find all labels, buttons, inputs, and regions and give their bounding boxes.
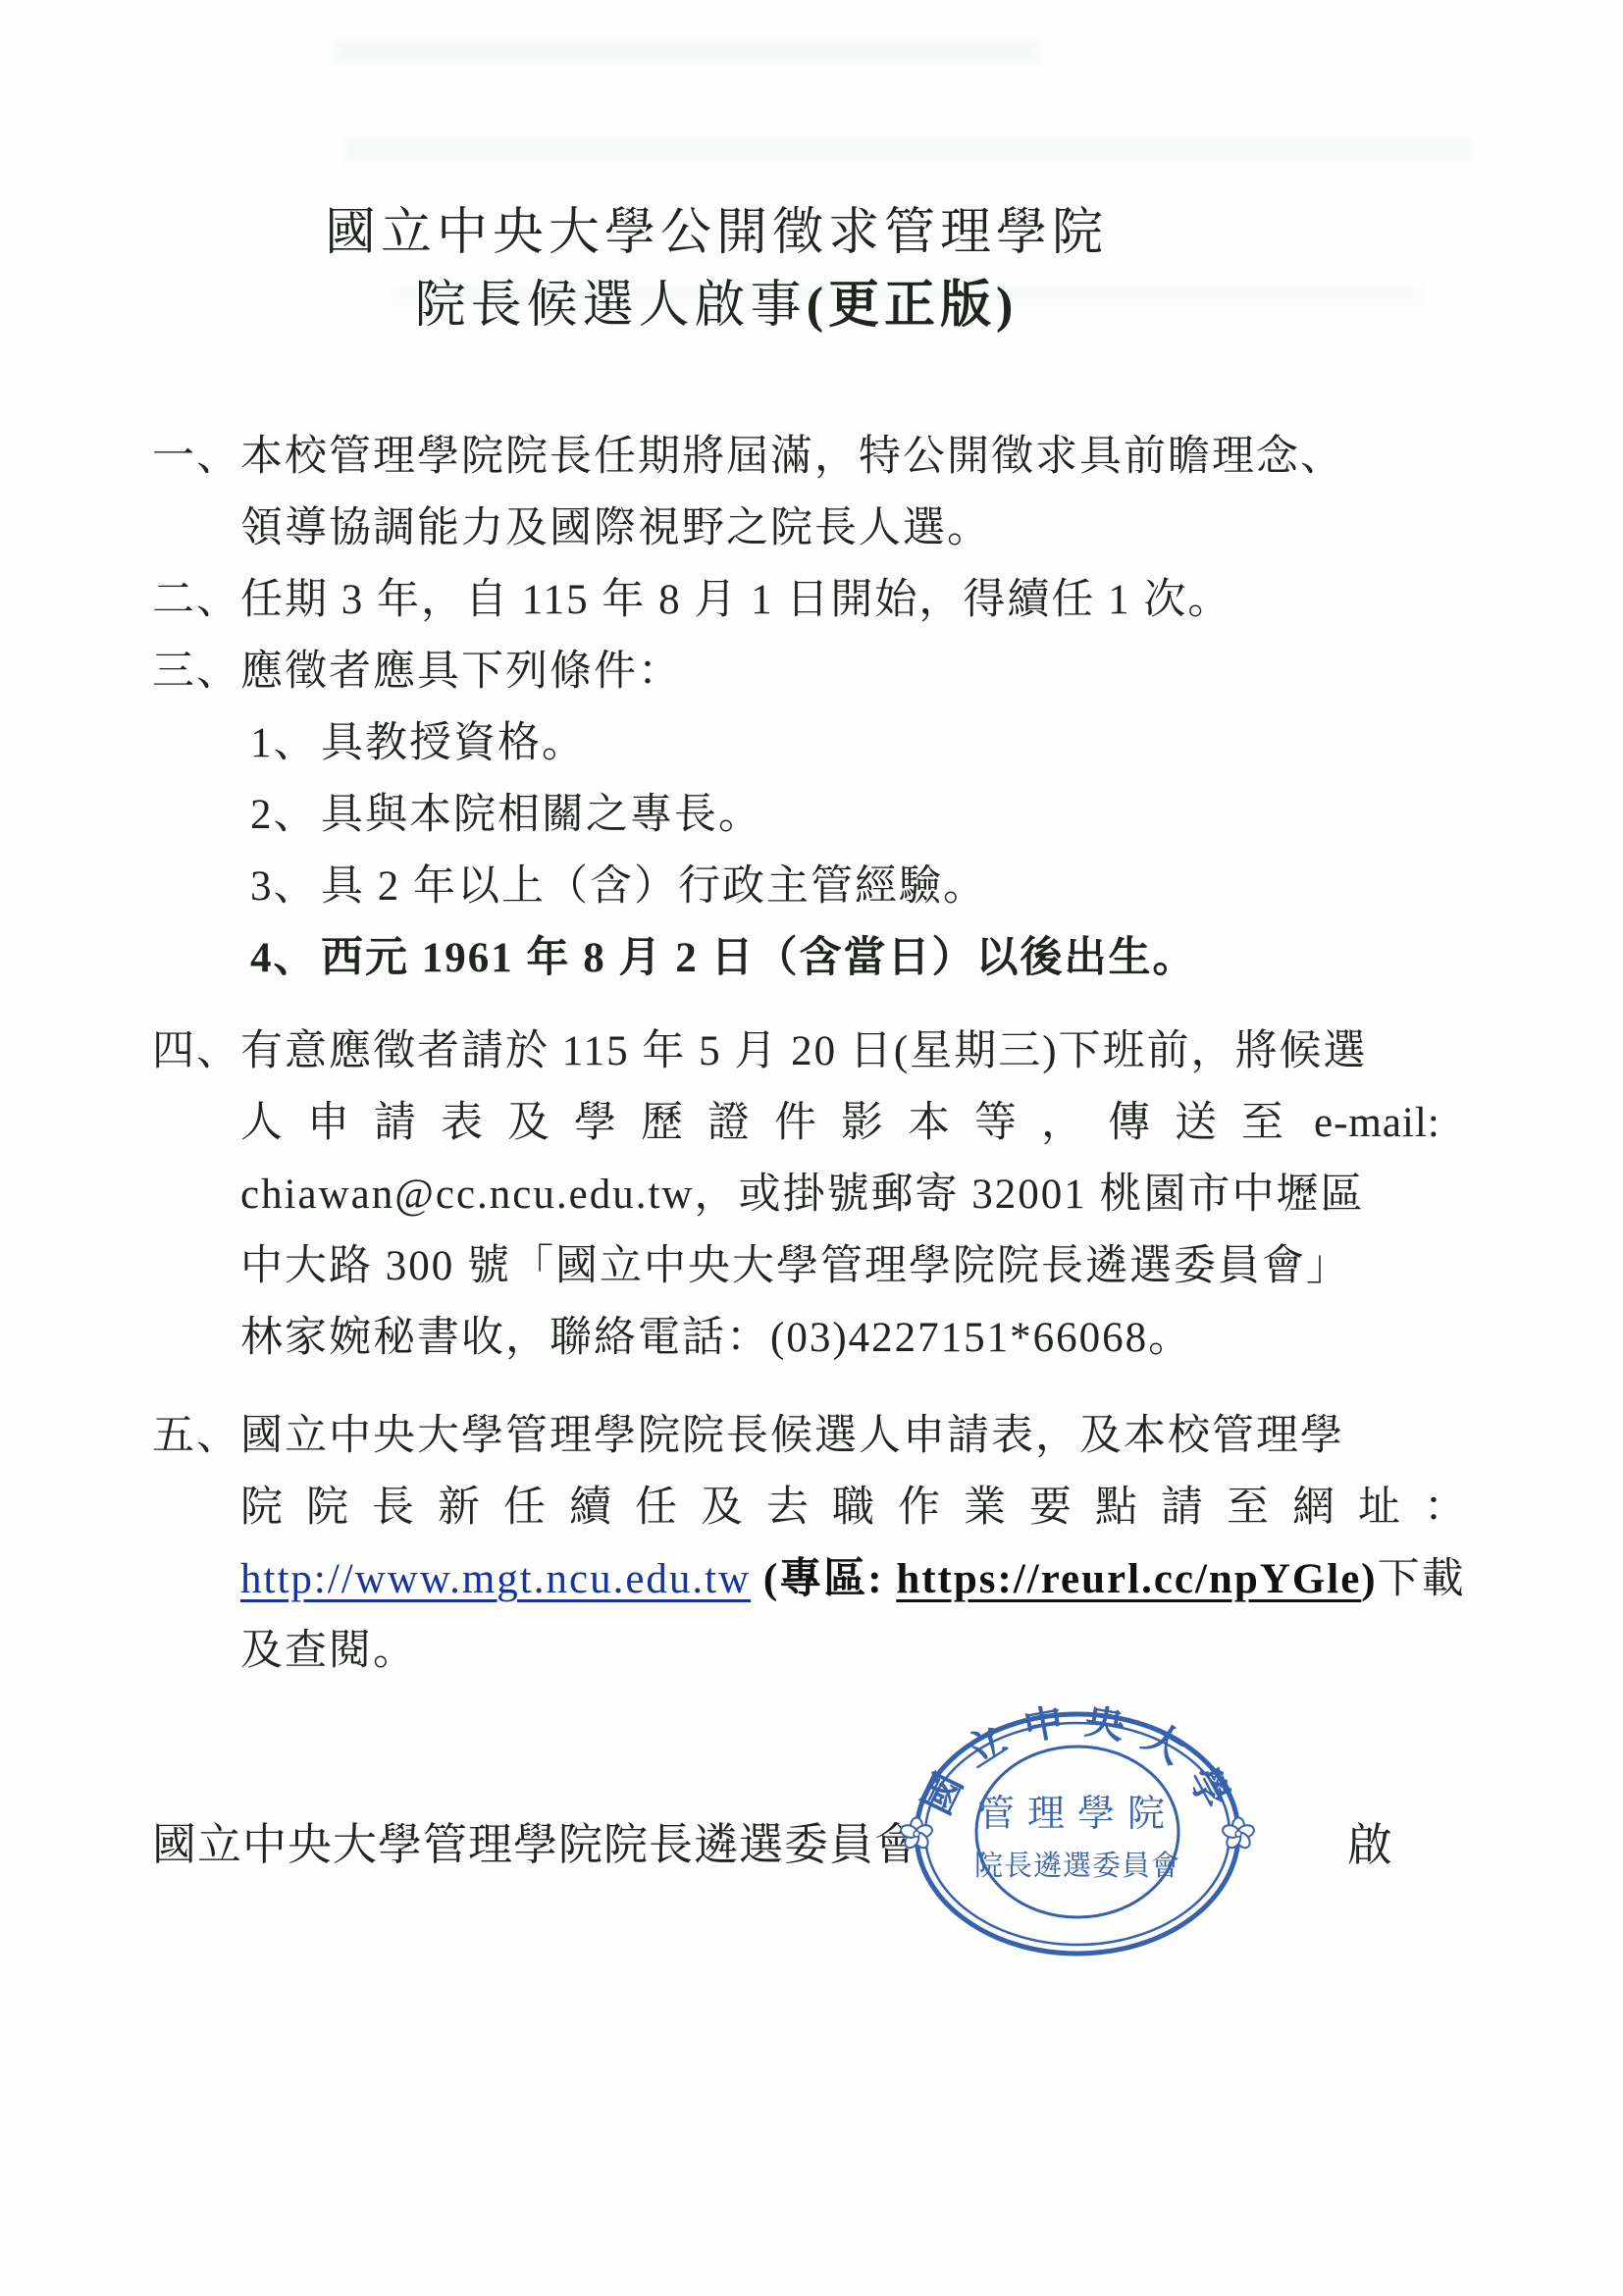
title-corrected-version-label: (更正版) [807,278,1019,334]
seal-inner-line-1: 管理學院 [977,1794,1178,1835]
scanned-announcement-page: 國立中央大學公開徵求管理學院 院長候選人啟事(更正版) 一、 本校管理學院院長任… [0,0,1623,2296]
paragraph-5-number: 五、 [152,1400,240,1472]
reurl-shortlink[interactable]: https://reurl.cc/npYGle [896,1556,1361,1602]
title-line-2: 院長候選人啟事(更正版) [152,274,1281,339]
paragraph-3: 三、 應徵者應具下列條件： [152,636,1487,707]
condition-1: 1、 具教授資格。 [250,707,1487,779]
committee-seal-stamp: 國立中央大學 管理學院 院長遴選委員會 [898,1706,1257,1984]
signature-row: 國立中央大學管理學院院長遴選委員會 國立中央大學 管理學院 院長遴選委員會 [152,1706,1487,1984]
paragraph-2-number: 二、 [152,564,240,636]
contact-email: chiawan@cc.ncu.edu.tw [240,1172,694,1218]
paragraph-4-number: 四、 [152,1016,240,1087]
mgt-website-link[interactable]: http://www.mgt.ncu.edu.tw [240,1556,751,1602]
paragraph-3-number: 三、 [152,636,240,707]
justified-line: 人申請表及學歷證件影本等，傳送至e-mail: [240,1087,1487,1159]
seal-inner-line-2: 院長遴選委員會 [974,1850,1180,1882]
contact-phone-line: 林家婉秘書收，聯絡電話：(03)4227151*66068。 [240,1302,1487,1374]
paragraph-2: 二、 任期 3 年，自 115 年 8 月 1 日開始，得續任 1 次。 [152,564,1487,636]
condition-3: 3、 具 2 年以上（含）行政主管經驗。 [250,851,1487,922]
email-label: e-mail: [1314,1100,1440,1146]
seal-graphic: 國立中央大學 管理學院 院長遴選委員會 [898,1706,1257,1961]
document-title: 國立中央大學公開徵求管理學院 院長候選人啟事(更正版) [152,201,1281,339]
condition-2: 2、 具與本院相關之專長。 [250,779,1487,851]
committee-name: 國立中央大學管理學院院長遴選委員會 [152,1809,919,1881]
announcer-suffix: 啟 [1347,1809,1394,1881]
paragraph-1-number: 一、 [152,421,240,493]
paragraph-5: 五、 國立中央大學管理學院院長候選人申請表，及本校管理學 院院長新任續任及去職作… [152,1400,1487,1687]
title-line-1: 國立中央大學公開徵求管理學院 [152,201,1281,266]
condition-4-birthdate: 4、 西元 1961 年 8 月 2 日（含當日）以後出生。 [250,922,1487,994]
paragraph-4: 四、 有意應徵者請於 115 年 5 月 20 日(星期三)下班前，將候選 人申… [152,1016,1487,1374]
paragraph-1: 一、 本校管理學院院長任期將屆滿，特公開徵求具前瞻理念、 領導協調能力及國際視野… [152,421,1487,564]
justified-line: 院院長新任續任及去職作業要點請至網址： [240,1472,1487,1543]
